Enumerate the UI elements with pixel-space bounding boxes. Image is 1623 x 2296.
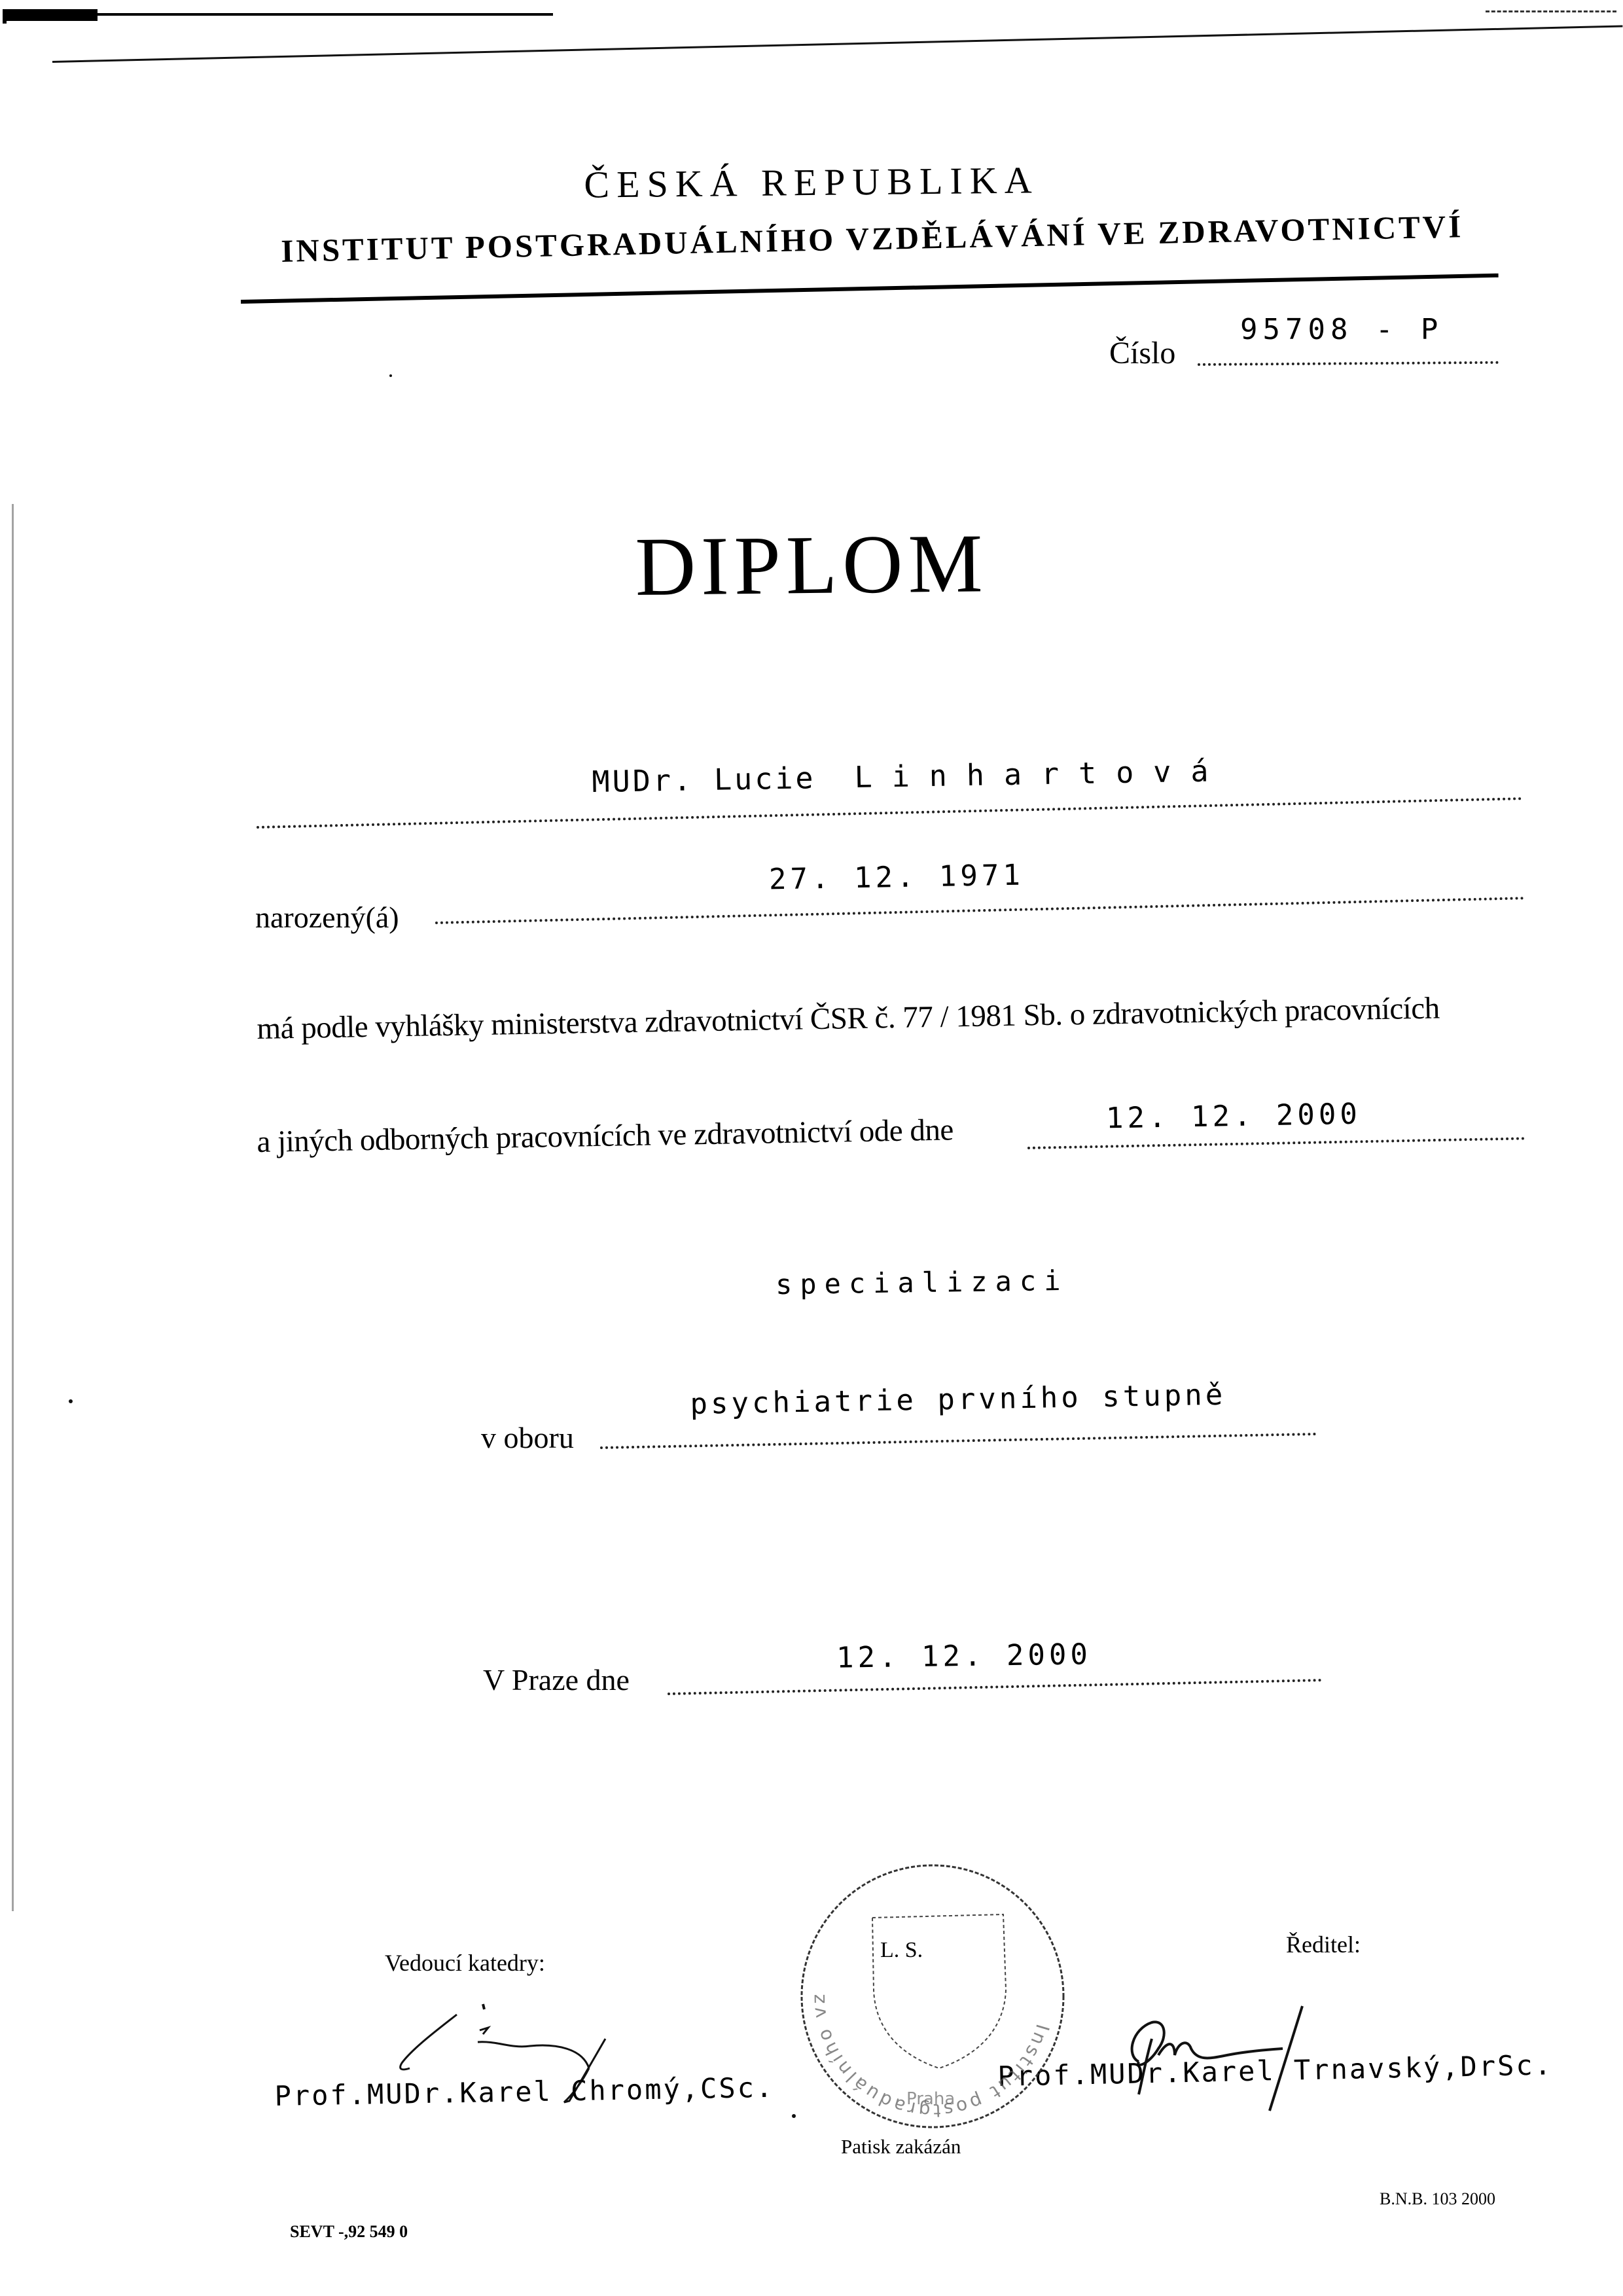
specialization-field: psychiatrie prvního stupně bbox=[690, 1378, 1226, 1421]
country-heading: ČESKÁ REPUBLIKA bbox=[0, 152, 1623, 213]
department-head-label: Vedoucí katedry: bbox=[385, 1949, 545, 1977]
scan-artifact-bar bbox=[3, 9, 98, 21]
statute-text-line-1: má podle vyhlášky ministerstva zdravotni… bbox=[257, 990, 1440, 1047]
field-dotted-line bbox=[600, 1433, 1317, 1449]
director-label: Ředitel: bbox=[1286, 1931, 1361, 1958]
form-code: SEVT -,92 549 0 bbox=[290, 2222, 408, 2242]
scan-edge-line bbox=[12, 504, 14, 1911]
official-stamp: L. S. Institut postgraduálního vzděláván… bbox=[795, 1859, 1070, 2134]
stamp-note: Patisk zakázán bbox=[841, 2135, 961, 2159]
diploma-number: 95708 - P bbox=[1240, 313, 1443, 346]
scan-artifact-line bbox=[95, 13, 553, 16]
birth-date: 27. 12. 1971 bbox=[769, 859, 1025, 897]
scan-speck bbox=[389, 374, 392, 377]
institute-underline bbox=[241, 274, 1499, 304]
name-dotted-line bbox=[257, 797, 1523, 829]
svg-text:Institut postgraduálního vzděl: Institut postgraduálního vzdělávání ve z… bbox=[795, 1859, 1054, 2121]
holder-name: MUDr. Lucie Linhartová bbox=[592, 753, 1228, 799]
print-code: B.N.B. 103 2000 bbox=[1380, 2189, 1495, 2209]
svg-text:Praha: Praha bbox=[906, 2089, 955, 2109]
place-dotted-line bbox=[668, 1679, 1322, 1695]
diploma-title: DIPLOM bbox=[0, 509, 1623, 622]
statute-text-line-2: a jiných odborných pracovnících ve zdrav… bbox=[257, 1112, 954, 1160]
field-label: v oboru bbox=[481, 1420, 574, 1455]
born-label: narozený(á) bbox=[255, 900, 399, 935]
holder-name-prefix: MUDr. Lucie bbox=[592, 761, 816, 799]
specialization-word: specializaci bbox=[776, 1265, 1069, 1300]
since-date: 12. 12. 2000 bbox=[1106, 1098, 1362, 1136]
number-label: Číslo bbox=[1109, 335, 1175, 371]
director-name: Prof.MUDr.Karel Trnavský,DrSc. bbox=[997, 2049, 1553, 2092]
department-head-name: Prof.MUDr.Karel Chromý,CSc. bbox=[274, 2072, 774, 2112]
svg-text:L. S.: L. S. bbox=[880, 1938, 923, 1962]
scan-speck bbox=[69, 1399, 73, 1403]
place-label: V Praze dne bbox=[483, 1662, 630, 1697]
number-dotted-line bbox=[1198, 361, 1499, 366]
born-dotted-line bbox=[435, 897, 1525, 924]
holder-surname: Linhartová bbox=[854, 753, 1228, 795]
scan-artifact-ticks bbox=[1486, 10, 1616, 15]
scan-speck bbox=[792, 2114, 796, 2118]
since-dotted-line bbox=[1027, 1137, 1525, 1149]
institute-heading: INSTITUT POSTGRADUÁLNÍHO VZDĚLÁVÁNÍ VE Z… bbox=[281, 207, 1464, 270]
issue-date: 12. 12. 2000 bbox=[836, 1638, 1092, 1674]
top-rule bbox=[52, 26, 1622, 63]
stamp-seal-icon: L. S. Institut postgraduálního vzděláván… bbox=[795, 1859, 1070, 2134]
